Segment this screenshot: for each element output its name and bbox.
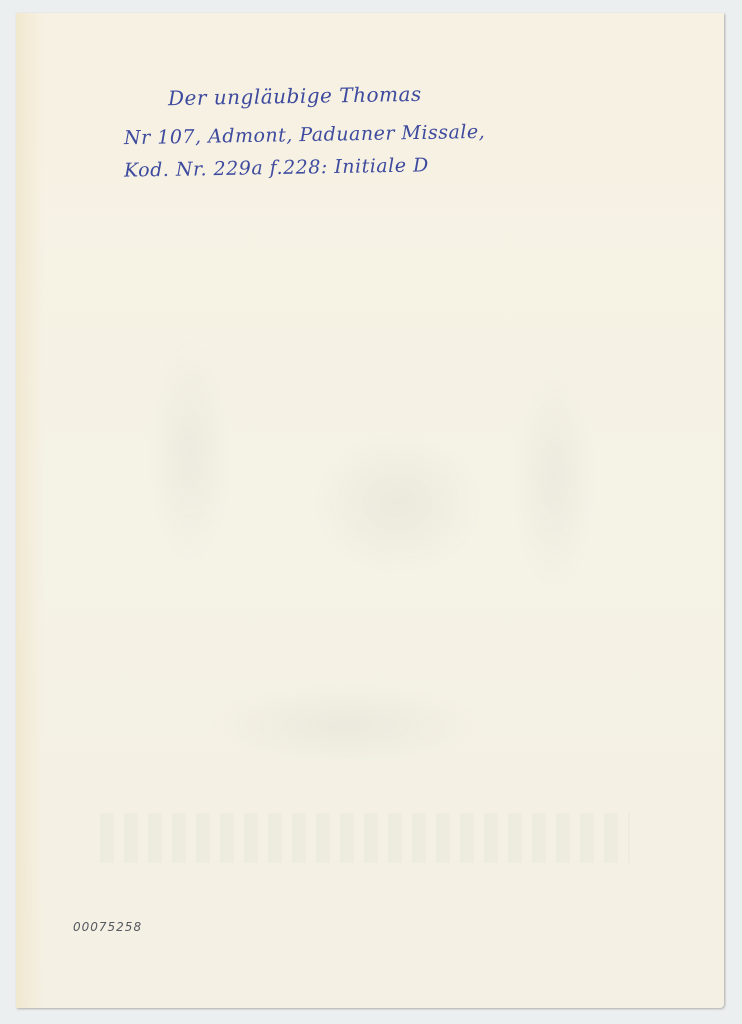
- annotation-title: Der ungläubige Thomas: [168, 82, 422, 110]
- show-through-caption: [100, 813, 630, 863]
- show-through-image: [112, 238, 632, 768]
- inventory-number: 00075258: [73, 920, 142, 934]
- scan-background: Der ungläubige Thomas Nr 107, Admont, Pa…: [0, 0, 742, 1024]
